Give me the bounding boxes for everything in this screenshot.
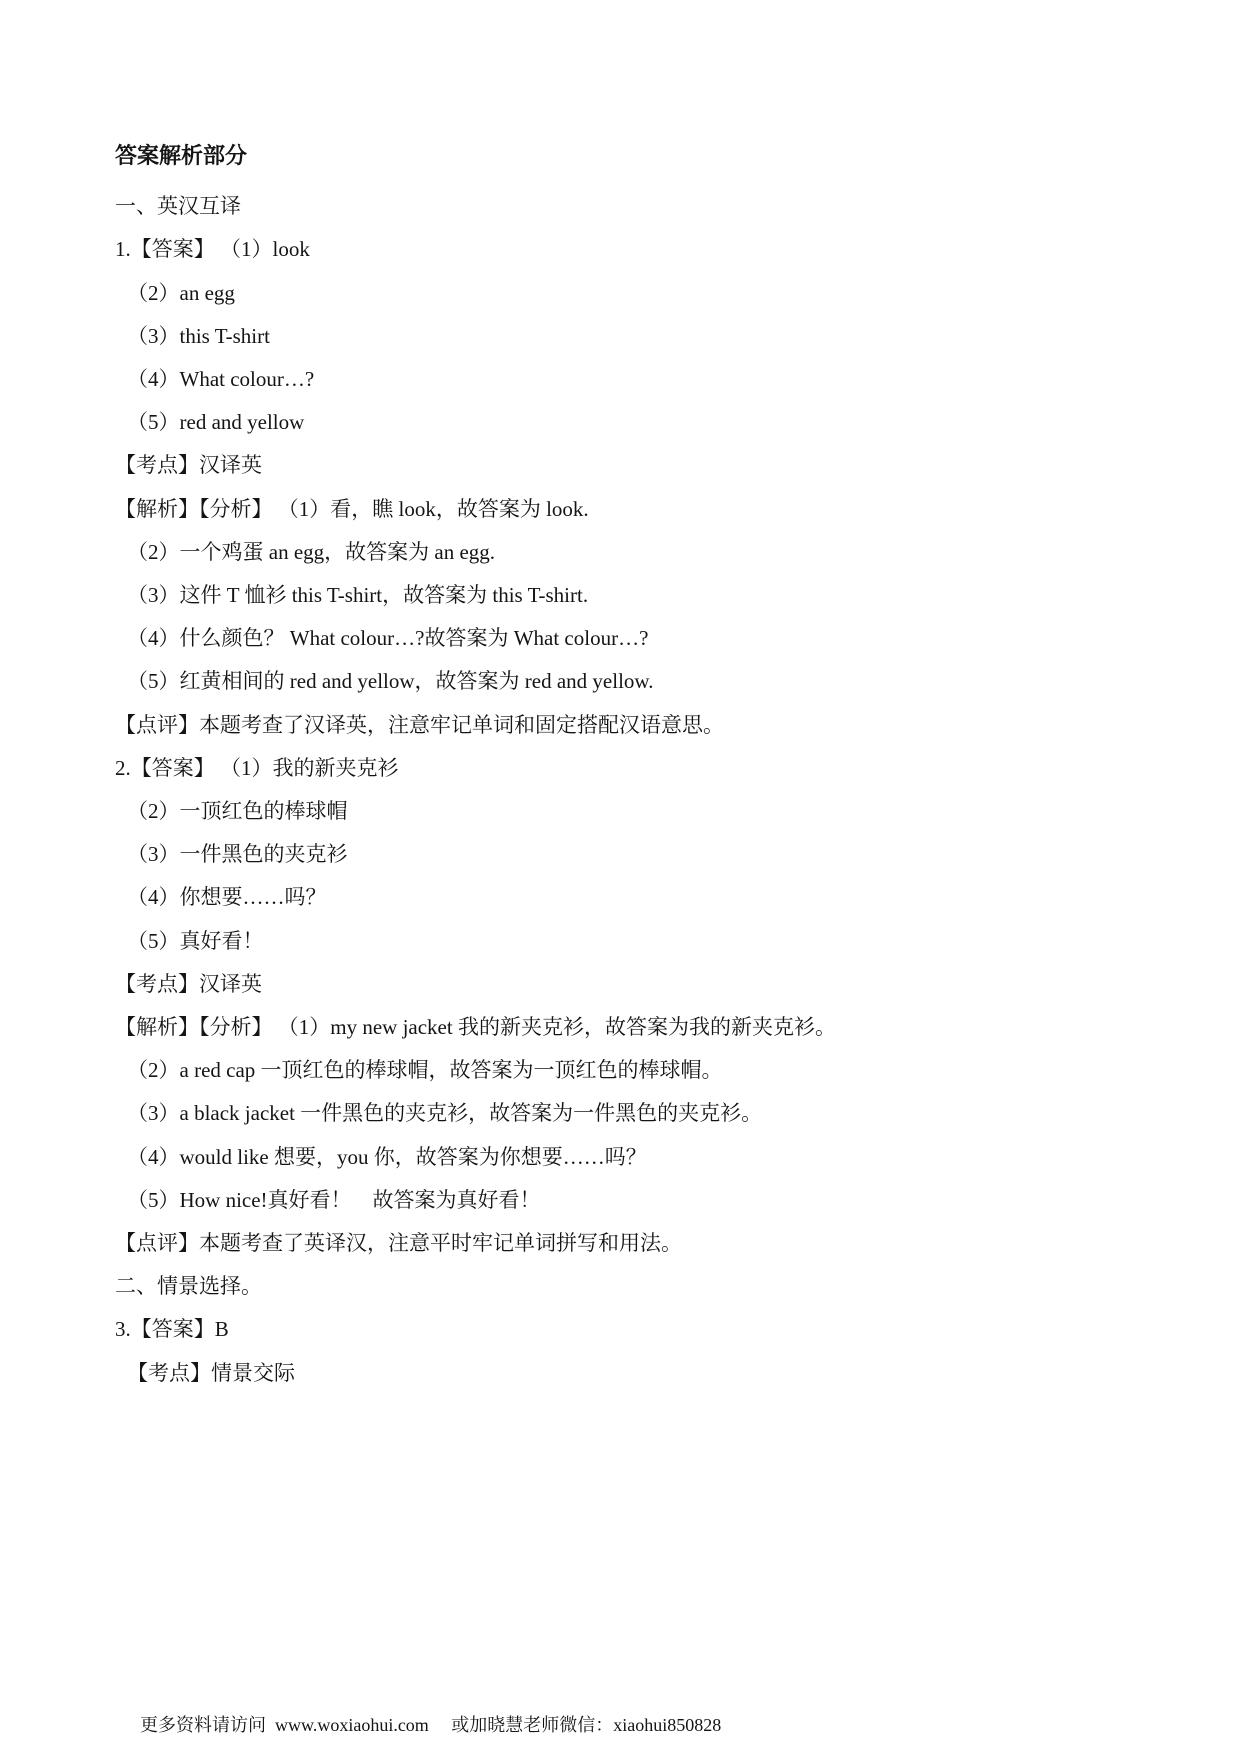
q2-jiexi-3: （3）a black jacket 一件黑色的夹克衫，故答案为一件黑色的夹克衫。 bbox=[115, 1092, 1151, 1135]
footer-text: 更多资料请访问 www.woxiaohui.com 或加晓慧老师微信：xiaoh… bbox=[140, 1715, 721, 1735]
q1-jiexi-2: （2）一个鸡蛋 an egg，故答案为 an egg. bbox=[115, 531, 1151, 574]
q1-jiexi-4: （4）什么颜色？ What colour…?故答案为 What colour…? bbox=[115, 617, 1151, 660]
q3-kaodian: 【考点】情景交际 bbox=[115, 1352, 1151, 1395]
document-page: 答案解析部分 一、英汉互译1.【答案】 （1）look（2）an egg（3）t… bbox=[0, 0, 1241, 1754]
q2-answer-4: （4）你想要……吗？ bbox=[115, 876, 1151, 919]
q2-jiexi-4: （4）would like 想要，you 你，故答案为你想要……吗？ bbox=[115, 1136, 1151, 1179]
q1-kaodian: 【考点】汉译英 bbox=[115, 444, 1151, 487]
q1-jiexi-3: （3）这件 T 恤衫 this T-shirt，故答案为 this T-shir… bbox=[115, 574, 1151, 617]
q2-answer-5: （5）真好看！ bbox=[115, 920, 1151, 963]
q2-answer-2: （2）一顶红色的棒球帽 bbox=[115, 790, 1151, 833]
q1-jiexi-1: 【解析】【分析】 （1）看，瞧 look，故答案为 look. bbox=[115, 488, 1151, 531]
q2-answer-3: （3）一件黑色的夹克衫 bbox=[115, 833, 1151, 876]
q3-answer: 3.【答案】B bbox=[115, 1308, 1151, 1351]
q1-answer-5: （5）red and yellow bbox=[115, 401, 1151, 444]
q1-jiexi-5: （5）红黄相间的 red and yellow，故答案为 red and yel… bbox=[115, 660, 1151, 703]
q2-jiexi-5: （5）How nice!真好看！ 故答案为真好看！ bbox=[115, 1179, 1151, 1222]
q2-jiexi-1: 【解析】【分析】 （1）my new jacket 我的新夹克衫，故答案为我的新… bbox=[115, 1006, 1151, 1049]
q2-jiexi-2: （2）a red cap 一顶红色的棒球帽，故答案为一顶红色的棒球帽。 bbox=[115, 1049, 1151, 1092]
page-title: 答案解析部分 bbox=[115, 134, 1151, 177]
q1-answer-4: （4）What colour…? bbox=[115, 358, 1151, 401]
section-2-title: 二、情景选择。 bbox=[115, 1265, 1151, 1308]
answer-lines: 一、英汉互译1.【答案】 （1）look（2）an egg（3）this T-s… bbox=[115, 185, 1151, 1395]
q2-kaodian: 【考点】汉译英 bbox=[115, 963, 1151, 1006]
q1-answer-2: （2）an egg bbox=[115, 272, 1151, 315]
q2-dianping: 【点评】本题考查了英译汉，注意平时牢记单词拼写和用法。 bbox=[115, 1222, 1151, 1265]
document-content: 答案解析部分 一、英汉互译1.【答案】 （1）look（2）an egg（3）t… bbox=[115, 134, 1151, 1395]
q1-dianping: 【点评】本题考查了汉译英，注意牢记单词和固定搭配汉语意思。 bbox=[115, 704, 1151, 747]
q1-answer-3: （3）this T-shirt bbox=[115, 315, 1151, 358]
page-footer: 更多资料请访问 www.woxiaohui.com 或加晓慧老师微信：xiaoh… bbox=[122, 1692, 721, 1754]
section-1-title: 一、英汉互译 bbox=[115, 185, 1151, 228]
q2-answer-1: 2.【答案】 （1）我的新夹克衫 bbox=[115, 747, 1151, 790]
q1-answer-1: 1.【答案】 （1）look bbox=[115, 228, 1151, 271]
